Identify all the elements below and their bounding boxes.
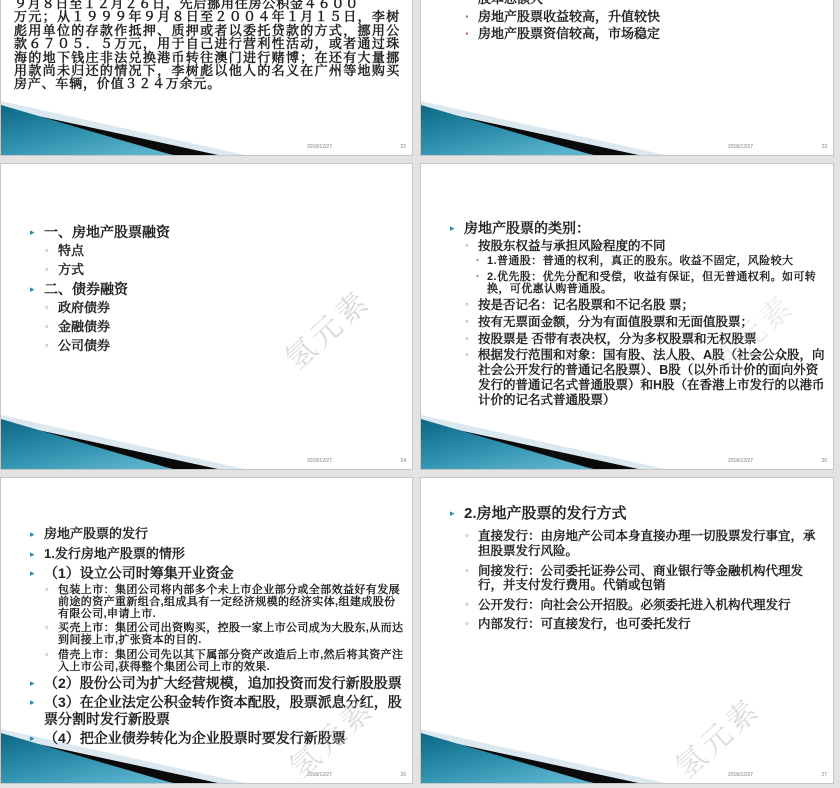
grid-cell: ９月８日至１２月２６日，先后挪用住房公积金４６００万元；从１９９９年９月８日至２… [0,0,413,156]
item-text: 金融债券 [58,319,404,335]
slide-body-text: ９月８日至１２月２６日，先后挪用住房公积金４６００万元；从１９９９年９月８日至２… [14,0,400,91]
slide-text-item: ▸（4）把企业债券转化为企业股票时要发行新股票 [1,730,406,747]
item-text: 公司债券 [58,338,404,354]
slide-number: 27 [821,772,827,778]
arrow-bullet-icon: ▸ [450,220,464,237]
slide-text-item: ▸二、债券融资 [1,281,404,298]
item-text: 按是否记名：记名股票和不记名股 票； [478,298,827,313]
item-text: 房地产股票的发行 [44,526,406,542]
item-text: 房地产股票资信较高，市场稳定 [478,26,825,42]
slide-text-item: ◦直接发行：由房地产公司本身直接办理一切股票发行事宜，承担股票发行风险。 [421,529,827,559]
arrow-bullet-icon: ▸ [30,694,44,711]
slide-text-item: ◦政府债券 [1,300,404,316]
arrow-bullet-icon: ▸ [30,281,44,298]
slide-text-item: ◦金融债券 [1,319,404,335]
item-text: 包装上市：集团公司将内部多个未上市企业部分或全部效益好有发展前途的资产重新组合,… [58,584,406,621]
arrow-bullet-icon: ▸ [30,526,44,542]
item-text: 公开发行：向社会公开招股。必须委托进入机构代理发行 [478,598,827,613]
slide-text-item: ◦间接发行：公司委托证券公司、商业银行等金融机构代理发行，并支付发行费用。代销或… [421,564,827,594]
slide-date: 2018/12/27 [728,772,753,778]
circle-bullet-icon: ◦ [45,243,58,259]
circle-bullet-icon: ◦ [45,319,58,335]
arrow-bullet-icon: ▸ [30,730,44,747]
slide-text-item: ◦按股票是 否带有表决权，分为多权股票和无权股票 [421,332,827,347]
item-text: 间接发行：公司委托证券公司、商业银行等金融机构代理发行，并支付发行费用。代销或包… [478,564,827,594]
slide-text-item: ▸（3）在企业法定公积金转作资本配股，股票派息分红，股票分割时发行新股票 [1,694,406,728]
item-text: 按股东权益与承担风险程度的不同 [478,239,827,254]
grid-cell: ·股本总额大·房地产股票收益较高，升值较快·房地产股票资信较高，市场稳定 201… [420,0,834,156]
slide-text-item: ▸（1）设立公司时筹集开业资金 [1,565,406,582]
circle-bullet-icon: ◦ [45,338,58,354]
slide-number: 26 [400,772,406,778]
slide-text-item: ·2.优先股：优先分配和受偿，收益有保证，但无普通权利。如可转换，可优惠认购普通… [421,271,827,295]
slide-body-text: ·股本总额大·房地产股票收益较高，升值较快·房地产股票资信较高，市场稳定 [421,0,825,44]
circle-bullet-icon: ◦ [45,584,58,596]
slide-date: 2018/12/27 [307,144,332,150]
item-text: 二、债券融资 [44,281,404,298]
slide-thumbnail-22[interactable]: ９月８日至１２月２６日，先后挪用住房公积金４６００万元；从１９９９年９月８日至２… [0,0,413,156]
grid-cell: ▸房地产股票的类别：◦按股东权益与承担风险程度的不同·1.普通股：普通的权利，真… [420,163,834,470]
item-text: 直接发行：由房地产公司本身直接办理一切股票发行事宜，承担股票发行风险。 [478,529,827,559]
slide-thumbnail-27[interactable]: ▸2.房地产股票的发行方式◦直接发行：由房地产公司本身直接办理一切股票发行事宜，… [420,477,834,784]
slide-body-text: ▸房地产股票的发行▸1.发行房地产股票的情形▸（1）设立公司时筹集开业资金◦包装… [1,526,406,747]
slide-text-item: ▸一、房地产股票融资 [1,224,404,241]
slide-text-item: ▸房地产股票的类别： [421,220,827,237]
item-text: 根据发行范围和对象：国有股、法人股、A股（社会公众股，向社会公开发行的普通记名股… [478,348,827,407]
slide-text-item: ▸（2）股份公司为扩大经营规模，追加投资而发行新股股票 [1,675,406,692]
item-text: 一、房地产股票融资 [44,224,404,241]
item-text: 房地产股票的类别： [464,220,827,237]
circle-bullet-icon: ◦ [45,622,58,634]
slide-date: 2018/12/27 [728,458,753,464]
item-text: 1.发行房地产股票的情形 [44,546,406,562]
circle-bullet-icon: ◦ [465,564,478,579]
circle-bullet-icon: ◦ [45,649,58,661]
slide-footer: 2018/12/27 27 [421,772,833,780]
slide-footer: 2018/12/27 26 [1,772,412,780]
slide-body-text: ▸2.房地产股票的发行方式◦直接发行：由房地产公司本身直接办理一切股票发行事宜，… [421,504,827,632]
slide-text-item: ◦公开发行：向社会公开招股。必须委托进入机构代理发行 [421,598,827,613]
item-text: 借壳上市：集团公司先以其下属部分资产改造后上市,然后将其资产注入上市公司,获得整… [58,649,406,673]
slide-body-text: ▸一、房地产股票融资◦特点◦方式▸二、债券融资◦政府债券◦金融债券◦公司债券 [1,224,404,357]
slide-number: 24 [400,458,406,464]
arrow-bullet-icon: ▸ [450,504,464,523]
slide-thumbnail-23[interactable]: ·股本总额大·房地产股票收益较高，升值较快·房地产股票资信较高，市场稳定 201… [420,0,834,156]
circle-bullet-icon: ◦ [465,315,478,330]
circle-bullet-icon: ◦ [465,332,478,347]
item-text: 方式 [58,262,404,278]
item-text: （2）股份公司为扩大经营规模，追加投资而发行新股股票 [44,675,406,692]
arrow-bullet-icon: ▸ [30,546,44,562]
circle-bullet-icon: ◦ [465,598,478,613]
arrow-bullet-icon: ▸ [30,224,44,241]
dot-bullet-icon: · [476,255,487,267]
grid-cell: ▸一、房地产股票融资◦特点◦方式▸二、债券融资◦政府债券◦金融债券◦公司债券 2… [0,163,413,470]
slide-thumbnail-24[interactable]: ▸一、房地产股票融资◦特点◦方式▸二、债券融资◦政府债券◦金融债券◦公司债券 2… [0,163,413,470]
slide-thumbnail-26[interactable]: ▸房地产股票的发行▸1.发行房地产股票的情形▸（1）设立公司时筹集开业资金◦包装… [0,477,413,784]
slide-number: 25 [821,458,827,464]
item-text: 政府债券 [58,300,404,316]
dot-bullet-icon: · [465,9,478,25]
circle-bullet-icon: ◦ [45,262,58,278]
slide-footer: 2018/12/27 23 [421,144,833,152]
item-text: （1）设立公司时筹集开业资金 [44,565,406,582]
slide-text-item: ·房地产股票收益较高，升值较快 [421,9,825,25]
slide-text-item: ◦特点 [1,243,404,259]
arrow-bullet-icon: ▸ [30,675,44,692]
slide-text-item: ◦根据发行范围和对象：国有股、法人股、A股（社会公众股，向社会公开发行的普通记名… [421,348,827,407]
item-text: 万元；从１９９９年９月８日至２００４年１月１５日，李树彪用单位的存款作抵押、质押… [14,10,400,90]
item-text: 内部发行：可直接发行，也可委托发行 [478,617,827,632]
slide-body-text: ▸房地产股票的类别：◦按股东权益与承担风险程度的不同·1.普通股：普通的权利，真… [421,220,827,409]
item-text: 1.普通股：普通的权利，真正的股东。收益不固定，风险较大 [487,255,827,267]
arrow-bullet-icon: ▸ [30,565,44,582]
slide-text-item: ·房地产股票资信较高，市场稳定 [421,26,825,42]
slide-text-item: ◦内部发行：可直接发行，也可委托发行 [421,617,827,632]
slide-thumbnail-25[interactable]: ▸房地产股票的类别：◦按股东权益与承担风险程度的不同·1.普通股：普通的权利，真… [420,163,834,470]
slide-text-item: ◦按股东权益与承担风险程度的不同 [421,239,827,254]
dot-bullet-icon: · [476,271,487,283]
slide-text-item: ◦买壳上市：集团公司出资购买，控股一家上市公司成为大股东,从而达到间接上市,扩张… [1,622,406,646]
slide-text-item: ·股本总额大 [421,0,825,7]
slide-text-item: ◦按有无票面金额，分为有面值股票和无面值股票； [421,315,827,330]
slide-text-item: ▸房地产股票的发行 [1,526,406,542]
item-text: 特点 [58,243,404,259]
item-text: （3）在企业法定公积金转作资本配股，股票派息分红，股票分割时发行新股票 [44,694,406,728]
slide-text-item: 万元；从１９９９年９月８日至２００４年１月１５日，李树彪用单位的存款作抵押、质押… [14,10,400,90]
circle-bullet-icon: ◦ [465,617,478,632]
slide-footer: 2018/12/27 22 [1,144,412,152]
slide-date: 2018/12/27 [307,458,332,464]
slide-footer: 2018/12/27 25 [421,458,833,466]
slide-text-item: ◦按是否记名：记名股票和不记名股 票； [421,298,827,313]
slide-text-item: ·1.普通股：普通的权利，真正的股东。收益不固定，风险较大 [421,255,827,267]
item-text: 买壳上市：集团公司出资购买，控股一家上市公司成为大股东,从而达到间接上市,扩张资… [58,622,406,646]
slide-number: 23 [821,144,827,150]
item-text: 按有无票面金额，分为有面值股票和无面值股票； [478,315,827,330]
item-text: 股本总额大 [478,0,825,7]
slide-number: 22 [400,144,406,150]
slide-footer: 2018/12/27 24 [1,458,412,466]
slide-text-item: ▸2.房地产股票的发行方式 [421,504,827,523]
grid-cell: ▸2.房地产股票的发行方式◦直接发行：由房地产公司本身直接办理一切股票发行事宜，… [420,477,834,784]
item-text: 房地产股票收益较高，升值较快 [478,9,825,25]
slide-text-item: ◦借壳上市：集团公司先以其下属部分资产改造后上市,然后将其资产注入上市公司,获得… [1,649,406,673]
circle-bullet-icon: ◦ [465,348,478,363]
slide-text-item: ◦公司债券 [1,338,404,354]
item-text: 2.房地产股票的发行方式 [464,504,827,523]
item-text: 按股票是 否带有表决权，分为多权股票和无权股票 [478,332,827,347]
item-text: （4）把企业债券转化为企业股票时要发行新股票 [44,730,406,747]
slide-date: 2018/12/27 [728,144,753,150]
slide-text-item: ▸1.发行房地产股票的情形 [1,546,406,562]
slide-text-item: ◦方式 [1,262,404,278]
circle-bullet-icon: ◦ [465,298,478,313]
dot-bullet-icon: · [465,26,478,42]
circle-bullet-icon: ◦ [45,300,58,316]
circle-bullet-icon: ◦ [465,529,478,544]
dot-bullet-icon: · [465,0,478,7]
slide-text-item: ◦包装上市：集团公司将内部多个未上市企业部分或全部效益好有发展前途的资产重新组合… [1,584,406,621]
circle-bullet-icon: ◦ [465,239,478,254]
slide-date: 2018/12/27 [307,772,332,778]
item-text: 2.优先股：优先分配和受偿，收益有保证，但无普通权利。如可转换，可优惠认购普通股… [487,271,827,295]
grid-cell: ▸房地产股票的发行▸1.发行房地产股票的情形▸（1）设立公司时筹集开业资金◦包装… [0,477,413,784]
